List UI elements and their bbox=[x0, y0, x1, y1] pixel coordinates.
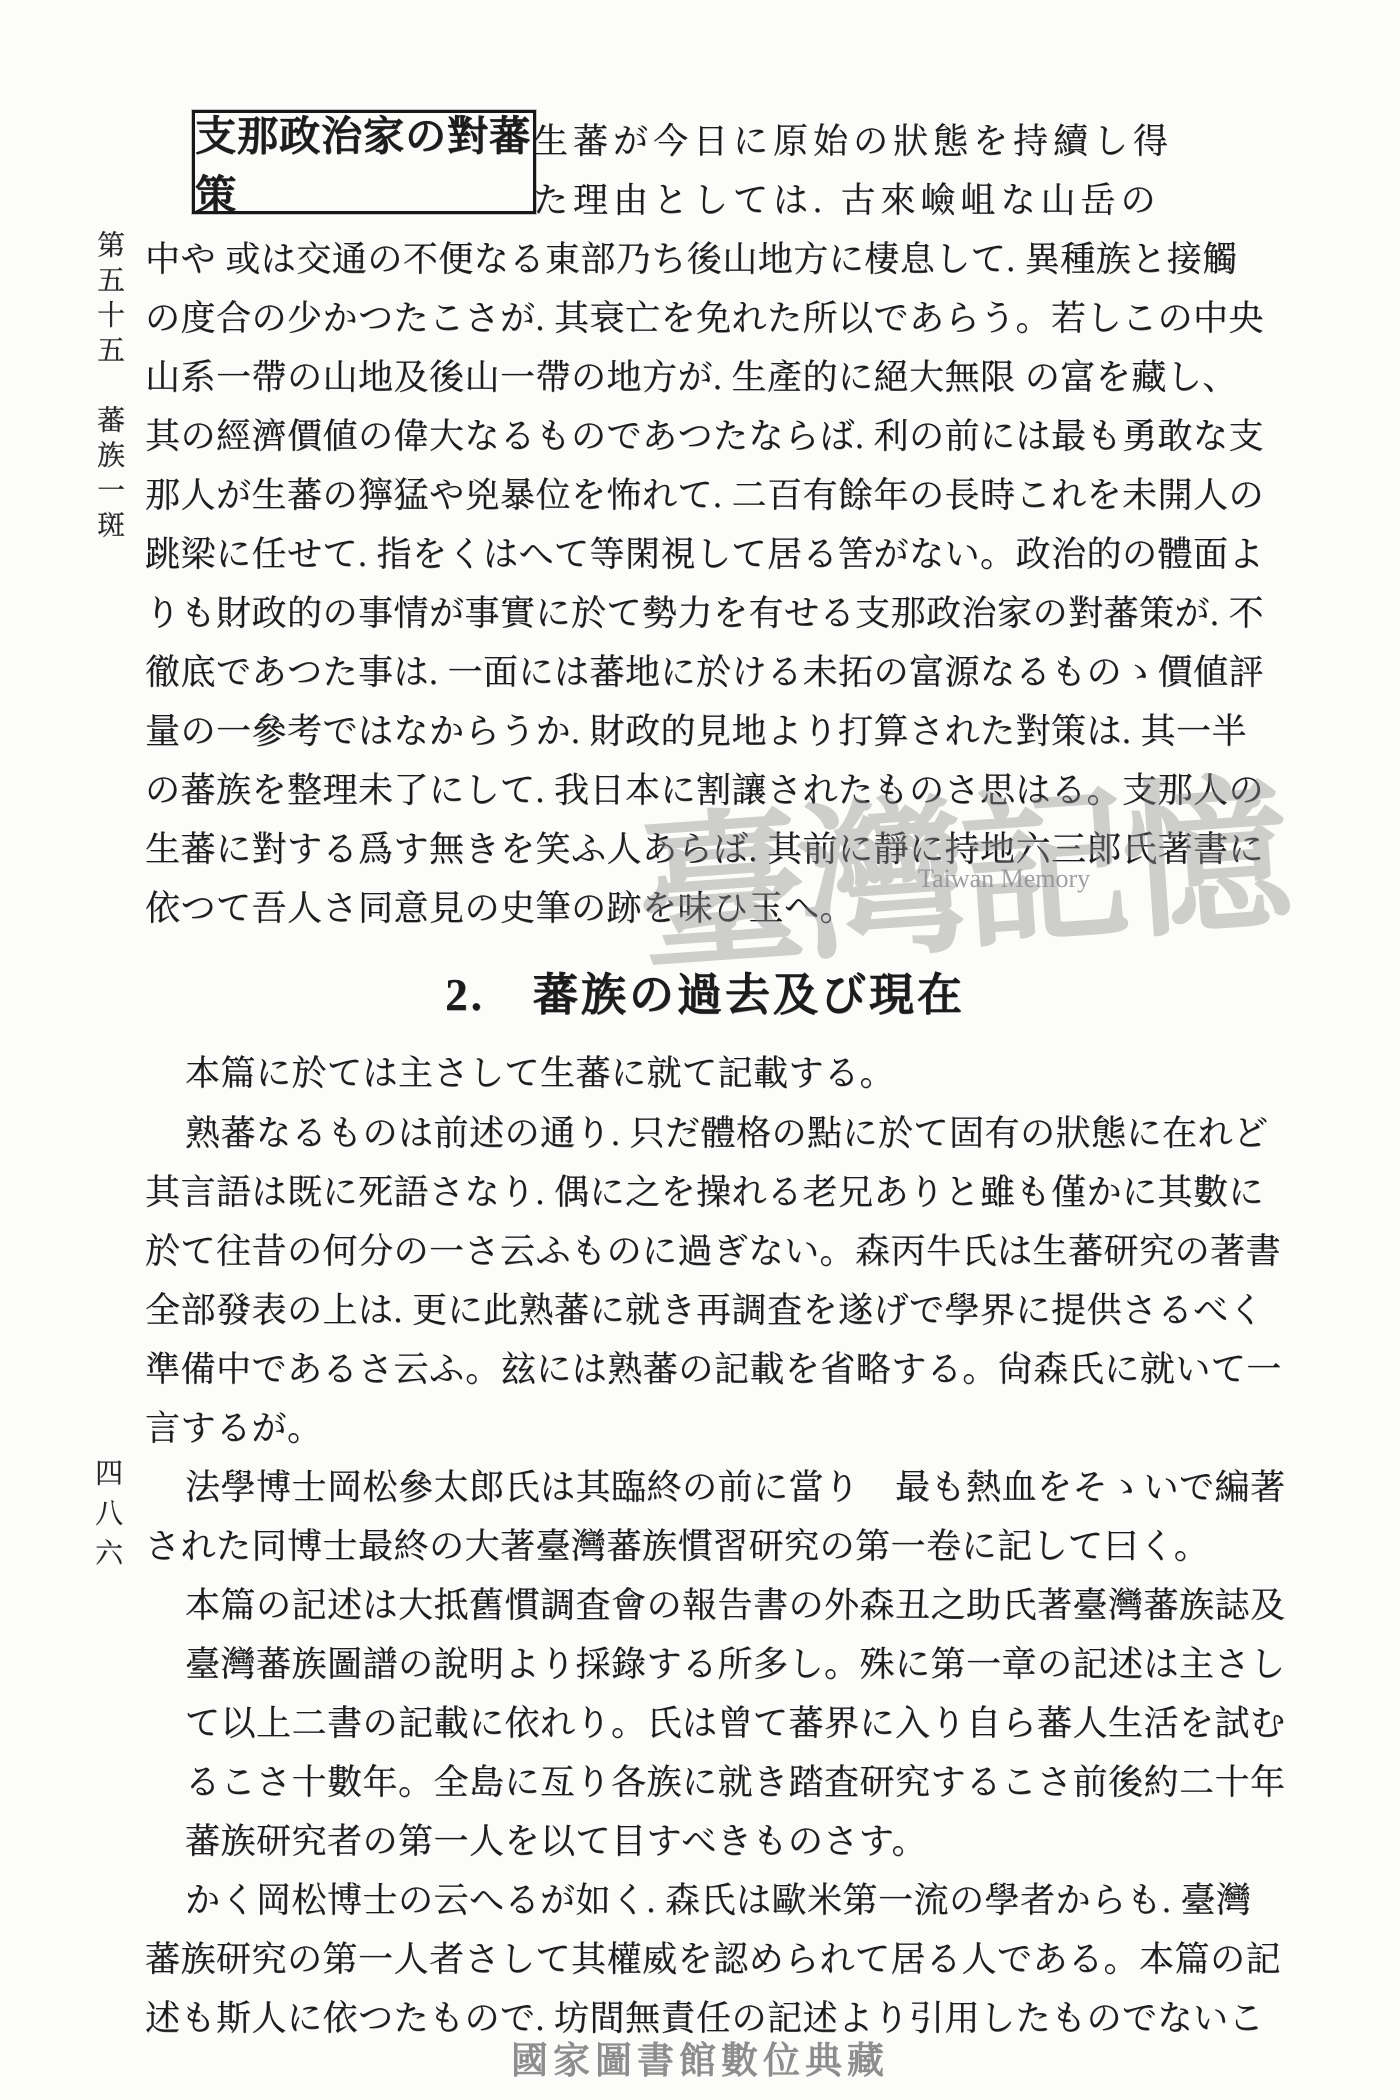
text-line: の度合の少かつたこさが. 其衰亡を免れた所以であらう。若しこの中央 bbox=[145, 295, 1264, 343]
text-line: 依つて吾人さ同意見の史筆の跡を味ひ玉へ。 bbox=[145, 885, 855, 933]
text-line: 法學博士岡松參太郎氏は其臨終の前に當り 最も熱血をそゝいで編著 bbox=[185, 1464, 1286, 1512]
title-box-text: 支那政治家の對蕃策 bbox=[195, 103, 533, 221]
text-line: された同博士最終の大著臺灣蕃族慣習研究の第一卷に記して曰く。 bbox=[145, 1523, 1209, 1571]
text-line: の蕃族を整理未了にして. 我日本に割讓されたものさ思はる。支那人の bbox=[145, 767, 1264, 815]
text-line: 熟蕃なるものは前述の通り. 只だ體格の點に於て固有の狀態に在れど bbox=[185, 1110, 1269, 1158]
text-line: 山系一帶の山地及後山一帶の地方が. 生產的に絕大無限 の富を藏し、 bbox=[145, 354, 1238, 402]
text-line: 那人が生蕃の獰猛や兇暴位を怖れて. 二百有餘年の長時これを未開人の bbox=[145, 472, 1264, 520]
quote-line: て以上二書の記載に依れり。氏は曾て蕃界に入り自ら蕃人生活を試む bbox=[185, 1700, 1286, 1748]
text-line: 中や 或は交通の不便なる東部乃ち後山地方に棲息して. 異種族と接觸 bbox=[145, 236, 1238, 284]
title-box: 支那政治家の對蕃策 bbox=[192, 110, 536, 214]
margin-page-number: 四八六 bbox=[86, 1458, 126, 1628]
scanned-book-page: 第五十五 蕃族一斑 四八六 支那政治家の對蕃策 生蕃が今日に原始の狀態を持續し得… bbox=[0, 0, 1400, 2100]
text-line: りも財政的の事情が事實に於て勢力を有せる支那政治家の對蕃策が. 不 bbox=[145, 590, 1264, 638]
text-line: 其の經濟價値の偉大なるものであつたならば. 利の前には最も勇敢な支 bbox=[145, 413, 1264, 461]
quote-line: 臺灣蕃族圖譜の說明より採錄する所多し。殊に第一章の記述は主さし bbox=[185, 1641, 1286, 1689]
text-line: 於て往昔の何分の一さ云ふものに過ぎない。森丙牛氏は生蕃研究の著書 bbox=[145, 1228, 1281, 1276]
text-line: 其言語は既に死語さなり. 偶に之を操れる老兄ありと雖も僅かに其數に bbox=[145, 1169, 1264, 1217]
footer-archive-label: 國家圖書館數位典藏 bbox=[0, 2030, 1400, 2084]
text-line: 準備中であるさ云ふ。玆には熟蕃の記載を省略する。尙森氏に就いて一 bbox=[145, 1346, 1282, 1394]
quote-line: 本篇の記述は大抵舊慣調査會の報告書の外森丑之助氏著臺灣蕃族誌及 bbox=[185, 1582, 1286, 1630]
text-line: 生蕃が今日に原始の狀態を持續し得 bbox=[533, 118, 1173, 166]
margin-chapter-label: 第五十五 蕃族一斑 bbox=[88, 230, 128, 560]
text-line: 蕃族研究の第一人者さして其權威を認められて居る人である。本篇の記 bbox=[145, 1936, 1281, 1984]
quote-line: 蕃族研究者の第一人を以て目すべきものさす。 bbox=[185, 1818, 927, 1866]
text-line: 量の一參考ではなからうか. 財政的見地より打算された對策は. 其一半 bbox=[145, 708, 1247, 756]
text-line: 跳梁に任せて. 指をくはへて等閑視して居る筈がない。政治的の體面よ bbox=[145, 531, 1264, 579]
quote-line: るこさ十數年。全島に亙り各族に就き踏査研究するこさ前後約二十年 bbox=[185, 1759, 1286, 1807]
text-line: 言するが。 bbox=[145, 1405, 323, 1453]
text-line: 全部發表の上は. 更に此熟蕃に就き再調査を遂げで學界に提供さるべく bbox=[145, 1287, 1264, 1335]
text-line: 本篇に於ては主さして生蕃に就て記載する。 bbox=[185, 1050, 895, 1098]
text-line: 徹底であつた事は. 一面には蕃地に於ける未拓の富源なるものゝ價値評 bbox=[145, 649, 1264, 697]
text-line: 生蕃に對する爲す無きを笑ふ人あらば. 其前に靜に持地六三郎氏著書に bbox=[145, 826, 1264, 874]
section-heading: 2. 蕃族の過去及び現在 bbox=[145, 958, 1265, 1023]
text-line: た理由としては. 古來嶮岨な山岳の bbox=[533, 177, 1161, 225]
text-line: かく岡松博士の云へるが如く. 森氏は歐米第一流の學者からも. 臺灣 bbox=[185, 1877, 1252, 1925]
